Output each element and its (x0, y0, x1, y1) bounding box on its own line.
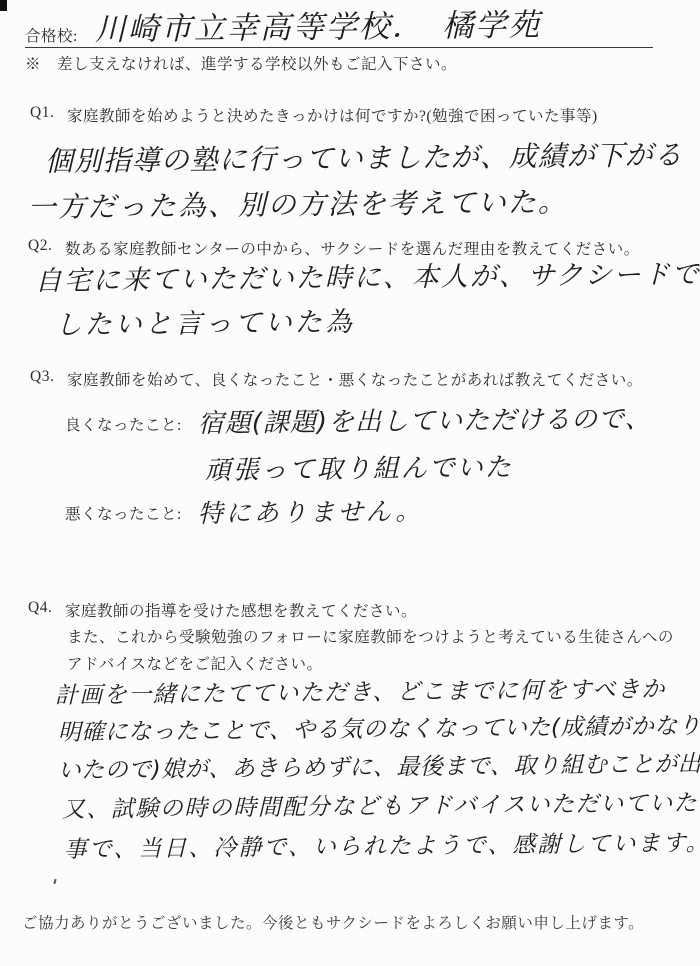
question-3-worsened-answer-line-1: 特にありません。 (198, 492, 424, 530)
question-4-subtext-line-2: アドバイスなどをご記入ください。 (67, 652, 323, 674)
question-1-heading: Q1. 家庭教師を始めようと決めたきっかけは何ですか?(勉強で困っていた事等) (30, 104, 598, 126)
question-1-answer-line-1: 個別指導の塾に行っていましたが、成績が下がる (45, 133, 683, 180)
passed-school-writing-line (25, 47, 653, 48)
pen-mark-artifact (53, 879, 56, 884)
question-4-answer-line-3: いたので)娘が、あきらめずに、最後まで、取り組むことが出来ました。 (58, 744, 700, 785)
question-4-subtext-line-1: また、これから受験勉強のフォローに家庭教師をつけようと考えている生徒さんへの (67, 625, 674, 647)
closing-thanks-text: ご協力ありがとうございました。今後ともサクシードをよろしくお願い申し上げます。 (22, 911, 644, 933)
question-4-answer-line-5: 事で、当日、冷静で、いられたようで、感謝しています。 (64, 824, 700, 864)
question-3-number: Q3. (30, 368, 67, 390)
question-4-answer-line-2: 明確になったことで、やる気のなくなっていた(成績がかなり下がって (58, 706, 700, 747)
questionnaire-scan-page: 合格校: 川崎市立幸高等学校． 橘学苑 ※ 差し支えなければ、進学する学校以外も… (0, 0, 700, 966)
question-3-improved-answer-line-2: 頑張って取り組んでいた (205, 447, 513, 487)
header-note: ※ 差し支えなければ、進学する学校以外もご記入下さい。 (25, 52, 457, 74)
question-4-answer-line-1: 計画を一緒にたてていただき、どこまでに何をすべきか (55, 671, 666, 710)
question-4-text: 家庭教師の指導を受けた感想を教えてください。 (65, 599, 417, 621)
passed-school-label: 合格校: (25, 24, 78, 46)
question-1-text: 家庭教師を始めようと決めたきっかけは何ですか?(勉強で困っていた事等) (67, 104, 598, 126)
question-4-answer-line-4: 又、試験の時の時間配分などもアドバイスいただいていた (62, 784, 699, 824)
question-4-heading: Q4. 家庭教師の指導を受けた感想を教えてください。 (28, 599, 417, 621)
question-3-worsened-label: 悪くなったこと: (65, 502, 182, 524)
question-2-answer-line-2: したいと言っていた為 (55, 300, 355, 342)
question-3-improved-answer-line-1: 宿題(課題)を出していただけるので、 (198, 398, 652, 440)
question-3-heading: Q3. 家庭教師を始めて、良くなったこと・悪くなったことがあれば教えてください。 (30, 368, 643, 390)
passed-school-handwritten-value: 川崎市立幸高等学校． 橘学苑 (95, 0, 542, 49)
question-2-answer-line-1: 自宅に来ていただいた時に、本人が、サクシードで学習 (35, 251, 700, 298)
question-3-text: 家庭教師を始めて、良くなったこと・悪くなったことがあれば教えてください。 (67, 368, 643, 390)
question-3-improved-label: 良くなったこと: (65, 413, 182, 435)
question-1-number: Q1. (30, 104, 67, 126)
question-4-number: Q4. (28, 599, 65, 621)
scan-corner-artifact (0, 0, 7, 11)
question-2-number: Q2. (28, 237, 65, 259)
question-1-answer-line-2: 一方だった為、別の方法を考えていた。 (28, 180, 568, 226)
